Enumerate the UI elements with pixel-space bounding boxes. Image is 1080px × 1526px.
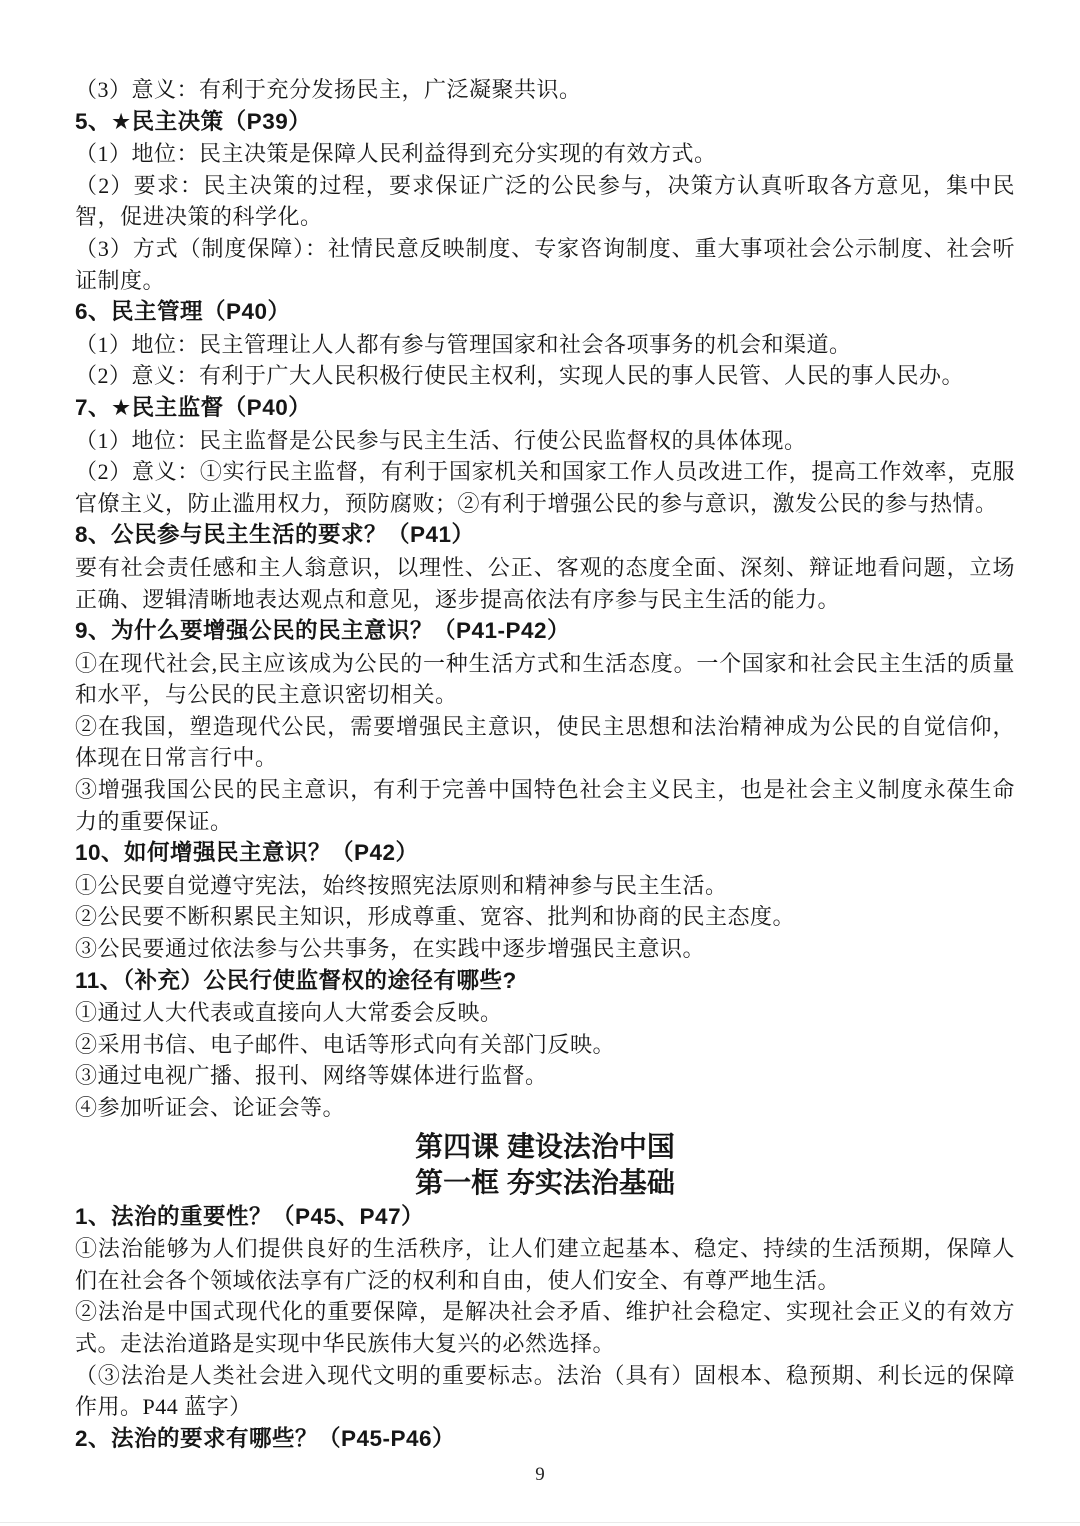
course-title: 第四课 建设法治中国 bbox=[75, 1129, 1015, 1165]
question-heading: 2、法治的要求有哪些？（P45-P46） bbox=[75, 1423, 1015, 1456]
page-number: 9 bbox=[0, 1464, 1080, 1486]
question-heading: 8、公民参与民主生活的要求？（P41） bbox=[75, 519, 1015, 552]
paragraph: ①法治能够为人们提供良好的生活秩序，让人们建立起基本、稳定、持续的生活预期，保障… bbox=[75, 1233, 1015, 1296]
paragraph: （1）地位：民主决策是保障人民利益得到充分实现的有效方式。 bbox=[75, 138, 1015, 170]
paragraph: ①通过人大代表或直接向人大常委会反映。 bbox=[75, 997, 1015, 1029]
paragraph: ②采用书信、电子邮件、电话等形式向有关部门反映。 bbox=[75, 1029, 1015, 1061]
paragraph: （③法治是人类社会进入现代文明的重要标志。法治（具有）固根本、稳预期、利长远的保… bbox=[75, 1360, 1015, 1423]
paragraph: 要有社会责任感和主人翁意识，以理性、公正、客观的态度全面、深刻、辩证地看问题，立… bbox=[75, 552, 1015, 615]
paragraph: （2）要求：民主决策的过程，要求保证广泛的公民参与，决策方认真听取各方意见，集中… bbox=[75, 170, 1015, 233]
paragraph: ②在我国，塑造现代公民，需要增强民主意识，使民主思想和法治精神成为公民的自觉信仰… bbox=[75, 711, 1015, 774]
question-heading: 7、★民主监督（P40） bbox=[75, 392, 1015, 425]
paragraph: （3）方式（制度保障）：社情民意反映制度、专家咨询制度、重大事项社会公示制度、社… bbox=[75, 233, 1015, 296]
paragraph: ③通过电视广播、报刊、网络等媒体进行监督。 bbox=[75, 1060, 1015, 1092]
paragraph: （1）地位：民主管理让人人都有参与管理国家和社会各项事务的机会和渠道。 bbox=[75, 329, 1015, 361]
paragraph: （2）意义：有利于广大人民积极行使民主权利，实现人民的事人民管、人民的事人民办。 bbox=[75, 360, 1015, 392]
question-heading: 6、民主管理（P40） bbox=[75, 296, 1015, 329]
paragraph: （2）意义：①实行民主监督，有利于国家机关和国家工作人员改进工作，提高工作效率，… bbox=[75, 456, 1015, 519]
question-heading: 11、（补充）公民行使监督权的途径有哪些? bbox=[75, 965, 1015, 998]
frame-title: 第一框 夯实法治基础 bbox=[75, 1165, 1015, 1201]
paragraph: （3）意义：有利于充分发扬民主，广泛凝聚共识。 bbox=[75, 74, 1015, 106]
paragraph: ②公民要不断积累民主知识，形成尊重、宽容、批判和协商的民主态度。 bbox=[75, 901, 1015, 933]
paragraph: （1）地位：民主监督是公民参与民主生活、行使公民监督权的具体体现。 bbox=[75, 425, 1015, 457]
paragraph: ③增强我国公民的民主意识，有利于完善中国特色社会主义民主，也是社会主义制度永葆生… bbox=[75, 774, 1015, 837]
question-heading: 9、为什么要增强公民的民主意识？（P41-P42） bbox=[75, 615, 1015, 648]
document-page: （3）意义：有利于充分发扬民主，广泛凝聚共识。 5、★民主决策（P39） （1）… bbox=[0, 0, 1080, 1526]
page-bottom-edge bbox=[0, 1522, 1080, 1523]
paragraph: ④参加听证会、论证会等。 bbox=[75, 1092, 1015, 1124]
notes-content: （3）意义：有利于充分发扬民主，广泛凝聚共识。 5、★民主决策（P39） （1）… bbox=[75, 74, 1015, 1455]
paragraph: ①在现代社会,民主应该成为公民的一种生活方式和生活态度。一个国家和社会民主生活的… bbox=[75, 648, 1015, 711]
paragraph: ①公民要自觉遵守宪法，始终按照宪法原则和精神参与民主生活。 bbox=[75, 870, 1015, 902]
paragraph: ③公民要通过依法参与公共事务，在实践中逐步增强民主意识。 bbox=[75, 933, 1015, 965]
question-heading: 5、★民主决策（P39） bbox=[75, 106, 1015, 139]
question-heading: 1、法治的重要性？（P45、P47） bbox=[75, 1201, 1015, 1234]
question-heading: 10、如何增强民主意识？（P42） bbox=[75, 837, 1015, 870]
paragraph: ②法治是中国式现代化的重要保障，是解决社会矛盾、维护社会稳定、实现社会正义的有效… bbox=[75, 1296, 1015, 1359]
